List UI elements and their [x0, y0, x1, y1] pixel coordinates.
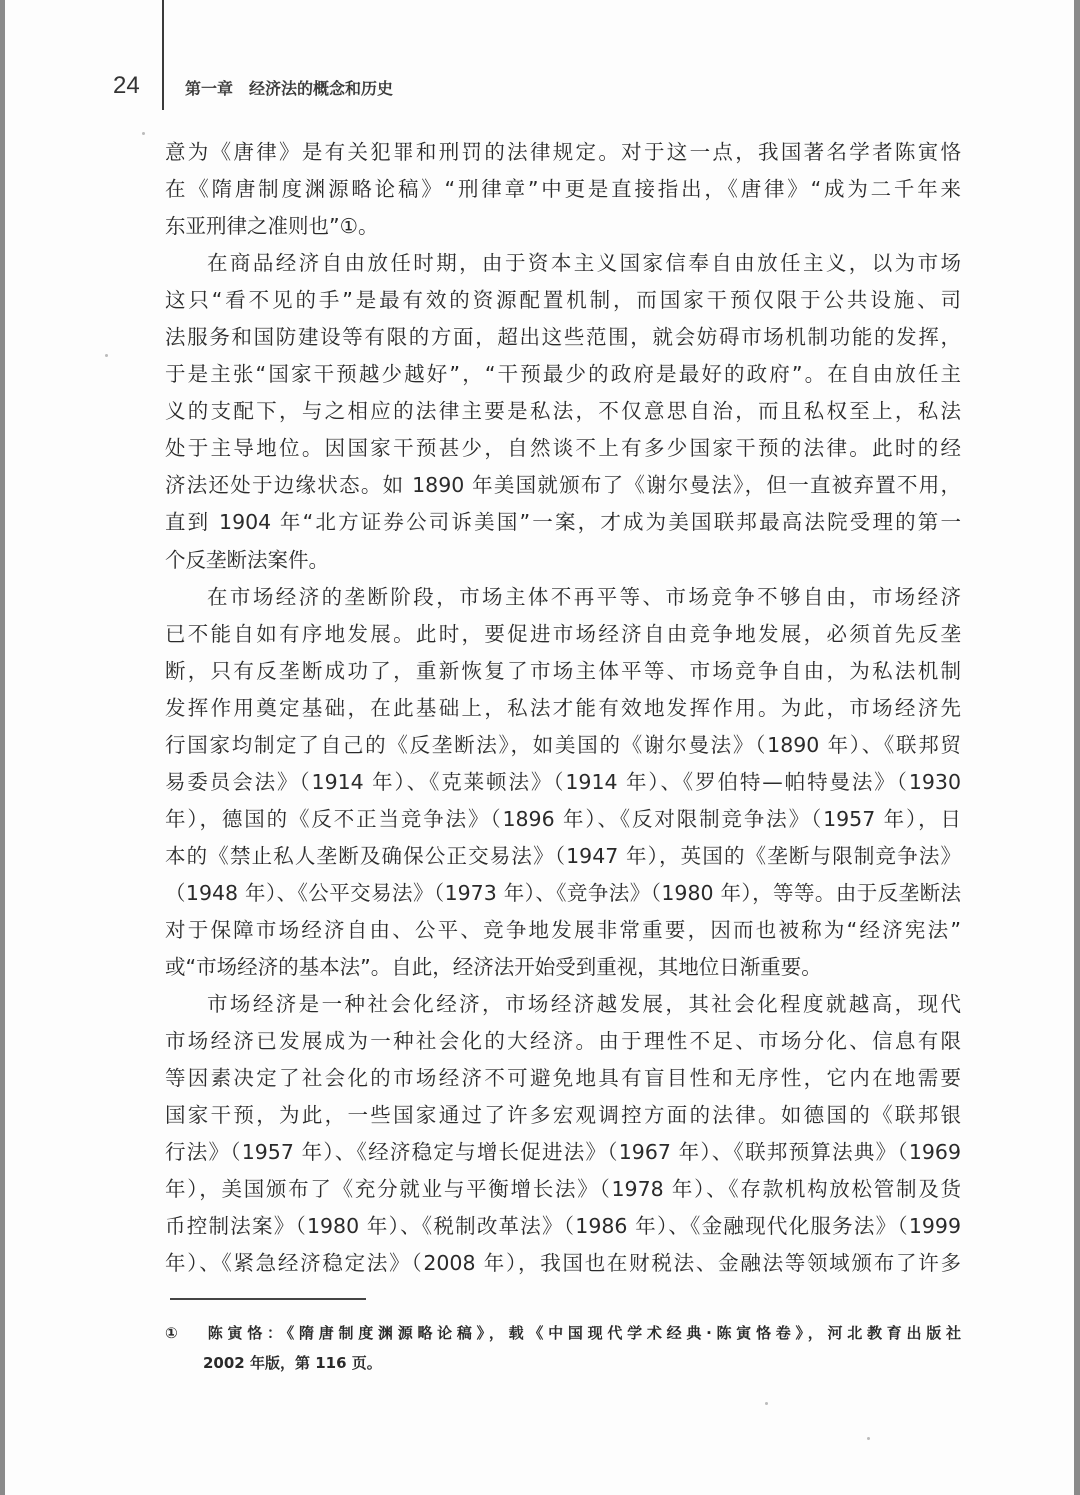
text-line: 年）、《紧急经济稳定法》（2008 年），我国也在财税法、金融法等领域颁布了许多	[165, 1245, 961, 1282]
text-line: 这只“看不见的手”是最有效的资源配置机制，而国家干预仅限于公共设施、司	[165, 282, 961, 319]
text-line: 发挥作用奠定基础，在此基础上，私法才能有效地发挥作用。为此，市场经济先	[165, 690, 961, 727]
text-line: 币控制法案》（1980 年）、《税制改革法》（1986 年）、《金融现代化服务法…	[165, 1208, 961, 1245]
text-line: 意为《唐律》是有关犯罪和刑罚的法律规定。对于这一点，我国著名学者陈寅恪	[165, 134, 961, 171]
text-line: 易委员会法》（1914 年）、《克莱顿法》（1914 年）、《罗伯特—帕特曼法》…	[165, 764, 961, 801]
text-line: 已不能自如有序地发展。此时，要促进市场经济自由竞争地发展，必须首先反垄	[165, 616, 961, 653]
text-line: 直到 1904 年“北方证券公司诉美国”一案，才成为美国联邦最高法院受理的第一	[165, 504, 961, 541]
footnote-text: 陈寅恪：《隋唐制度渊源略论稿》，载《中国现代学术经典·陈寅恪卷》，河北教育出版社	[203, 1324, 961, 1342]
footnote: ①陈寅恪：《隋唐制度渊源略论稿》，载《中国现代学术经典·陈寅恪卷》，河北教育出版…	[165, 1318, 961, 1378]
text-line: 国家干预，为此，一些国家通过了许多宏观调控方面的法律。如德国的《联邦银	[165, 1097, 961, 1134]
text-line: 等因素决定了社会化的市场经济不可避免地具有盲目性和无序性，它内在地需要	[165, 1060, 961, 1097]
scan-border-right	[1074, 0, 1080, 1495]
text-line: 在市场经济的垄断阶段，市场主体不再平等、市场竞争不够自由，市场经济	[165, 579, 961, 616]
text-line: 行法》（1957 年）、《经济稳定与增长促进法》（1967 年）、《联邦预算法典…	[165, 1134, 961, 1171]
text-line: 年），美国颁布了《充分就业与平衡增长法》（1978 年）、《存款机构放松管制及货	[165, 1171, 961, 1208]
footnote-line-2: 2002 年版，第 116 页。	[165, 1348, 961, 1378]
footnote-line-1: ①陈寅恪：《隋唐制度渊源略论稿》，载《中国现代学术经典·陈寅恪卷》，河北教育出版…	[165, 1318, 961, 1348]
text-line: 东亚刑律之准则也”①。	[165, 208, 961, 245]
scan-speck	[142, 132, 145, 135]
text-line: 市场经济已发展成为一种社会化的大经济。由于理性不足、市场分化、信息有限	[165, 1023, 961, 1060]
book-page: 24 第一章 经济法的概念和历史 意为《唐律》是有关犯罪和刑罚的法律规定。对于这…	[5, 0, 1074, 1495]
chapter-title: 第一章 经济法的概念和历史	[185, 76, 393, 99]
body-text: 意为《唐律》是有关犯罪和刑罚的法律规定。对于这一点，我国著名学者陈寅恪在《隋唐制…	[165, 134, 961, 1282]
scan-speck	[105, 354, 108, 357]
text-line: 年），德国的《反不正当竞争法》（1896 年）、《反对限制竞争法》（1957 年…	[165, 801, 961, 838]
running-head: 24 第一章 经济法的概念和历史	[5, 0, 1074, 110]
text-line: 义的支配下，与之相应的法律主要是私法，不仅意思自治，而且私权至上，私法	[165, 393, 961, 430]
text-line: 市场经济是一种社会化经济，市场经济越发展，其社会化程度就越高，现代	[165, 986, 961, 1023]
text-line: 在《隋唐制度渊源略论稿》“刑律章”中更是直接指出，《唐律》“成为二千年来	[165, 171, 961, 208]
text-line: （1948 年）、《公平交易法》（1973 年）、《竞争法》（1980 年），等…	[165, 875, 961, 912]
text-line: 法服务和国防建设等有限的方面，超出这些范围，就会妨碍市场机制功能的发挥，	[165, 319, 961, 356]
text-line: 济法还处于边缘状态。如 1890 年美国就颁布了《谢尔曼法》，但一直被弃置不用，	[165, 467, 961, 504]
scan-speck	[765, 1402, 768, 1405]
text-line: 或“市场经济的基本法”。自此，经济法开始受到重视，其地位日渐重要。	[165, 949, 961, 986]
footnote-marker: ①	[165, 1318, 203, 1348]
page-number: 24	[113, 72, 140, 100]
text-line: 于是主张“国家干预越少越好”，“干预最少的政府是最好的政府”。在自由放任主	[165, 356, 961, 393]
text-line: 本的《禁止私人垄断及确保公正交易法》（1947 年），英国的《垄断与限制竞争法》	[165, 838, 961, 875]
text-line: 行国家均制定了自己的《反垄断法》，如美国的《谢尔曼法》（1890 年）、《联邦贸	[165, 727, 961, 764]
text-line: 处于主导地位。因国家干预甚少，自然谈不上有多少国家干预的法律。此时的经	[165, 430, 961, 467]
text-line: 断，只有反垄断成功了，重新恢复了市场主体平等、市场竞争自由，为私法机制	[165, 653, 961, 690]
scan-speck	[867, 1437, 870, 1440]
header-vertical-rule	[162, 0, 164, 110]
text-line: 个反垄断法案件。	[165, 542, 961, 579]
text-line: 在商品经济自由放任时期，由于资本主义国家信奉自由放任主义，以为市场	[165, 245, 961, 282]
footnote-separator	[170, 1298, 366, 1300]
text-line: 对于保障市场经济自由、公平、竞争地发展非常重要，因而也被称为“经济宪法”	[165, 912, 961, 949]
